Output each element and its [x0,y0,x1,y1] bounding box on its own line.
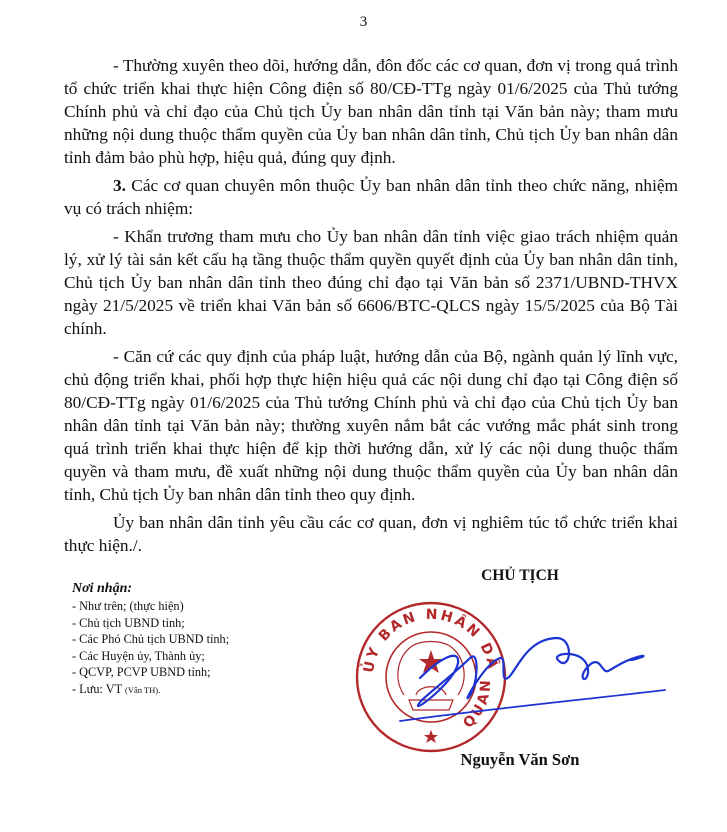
recipient-item: - Chủ tịch UBND tỉnh; [72,615,229,632]
signer-title: CHỦ TỊCH [400,567,640,585]
paragraph-text: - Căn cứ các quy định của pháp luật, hướ… [64,347,678,504]
paragraph: Ủy ban nhân dân tỉnh yêu cầu các cơ quan… [64,511,678,557]
paragraph: - Khẩn trương tham mưu cho Ủy ban nhân d… [64,225,678,340]
recipient-note: (Vân TH). [125,685,160,695]
paragraph-text: - Thường xuyên theo dõi, hướng dẫn, đôn … [64,56,678,167]
recipient-item: - Lưu: VT (Vân TH). [72,681,229,699]
paragraph-text: - Khẩn trương tham mưu cho Ủy ban nhân d… [64,227,678,338]
recipient-item: - Như trên; (thực hiện) [72,598,229,615]
paragraph-text: Ủy ban nhân dân tỉnh yêu cầu các cơ quan… [64,513,678,555]
recipients-block: Nơi nhận: - Như trên; (thực hiện) - Chủ … [72,580,229,699]
recipients-title: Nơi nhận: [72,580,229,598]
signature-icon [380,618,680,728]
recipient-item: - Các Phó Chủ tịch UBND tỉnh; [72,631,229,648]
recipient-item: - Các Huyện ủy, Thành ủy; [72,648,229,665]
paragraph: - Căn cứ các quy định của pháp luật, hướ… [64,345,678,506]
signer-name: Nguyễn Văn Sơn [400,750,640,770]
paragraph-text: Các cơ quan chuyên môn thuộc Ủy ban nhân… [64,176,678,218]
document-body: - Thường xuyên theo dõi, hướng dẫn, đôn … [64,54,678,557]
paragraph: 3. Các cơ quan chuyên môn thuộc Ủy ban n… [64,174,678,220]
recipient-item: - QCVP, PCVP UBND tỉnh; [72,664,229,681]
section-number: 3. [113,176,126,195]
paragraph: - Thường xuyên theo dõi, hướng dẫn, đôn … [64,54,678,169]
page-number: 3 [0,14,727,31]
